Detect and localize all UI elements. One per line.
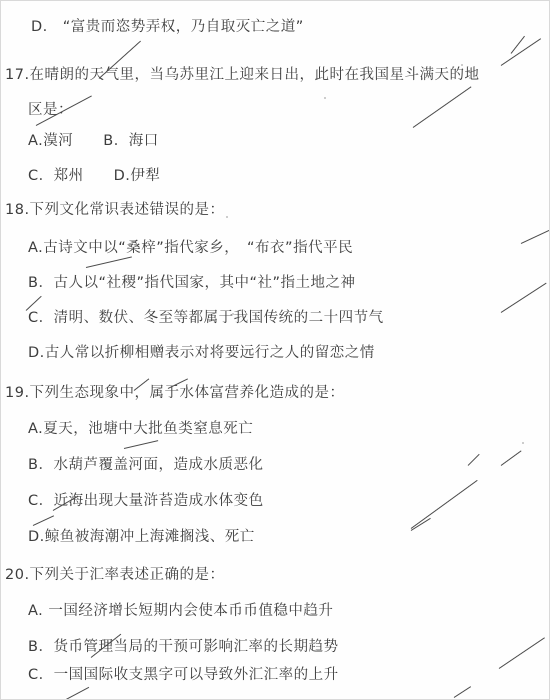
q16-option-d: D. “富贵而恣势弄权，乃自取灭亡之道”	[31, 15, 304, 36]
q18-option-a: A.古诗文中以“桑梓”指代家乡， “布衣”指代平民	[28, 236, 353, 257]
q18-option-d: D.古人常以折柳相赠表示对将要远行之人的留恋之情	[28, 341, 375, 362]
scan-speck	[522, 442, 524, 444]
pen-stroke	[124, 440, 158, 449]
q19-option-b: B．水葫芦覆盖河面，造成水质恶化	[28, 453, 263, 474]
pen-stroke	[501, 450, 522, 466]
q20-option-a: A. 一国经济增长短期内会使本币币值稳中趋升	[28, 599, 333, 620]
pen-stroke	[86, 256, 132, 268]
pen-stroke	[454, 686, 471, 698]
scanned-exam-page: D. “富贵而恣势弄权，乃自取灭亡之道” 17.在晴朗的天气里，当乌苏里江上迎来…	[0, 0, 550, 700]
q17-stem-line1: 17.在晴朗的天气里，当乌苏里江上迎来日出，此时在我国星斗满天的地	[5, 63, 480, 84]
scan-speck	[232, 313, 234, 315]
pen-stroke	[413, 86, 472, 128]
pen-stroke	[501, 38, 541, 66]
scan-speck	[461, 64, 463, 66]
q20-option-b: B．货币管理当局的干预可影响汇率的长期趋势	[28, 635, 338, 656]
pen-stroke	[66, 687, 89, 700]
scan-speck	[324, 97, 326, 99]
scan-speck	[469, 77, 471, 79]
q20-option-c: C．一国国际收支黑字可以导致外汇汇率的上升	[28, 663, 339, 684]
q17-options-row-cd: C．郑州 D.伊犁	[28, 164, 160, 185]
pen-stroke	[499, 637, 545, 669]
pen-stroke	[501, 283, 547, 313]
pen-stroke	[468, 454, 480, 466]
q18-option-c: C．清明、数伏、冬至等都属于我国传统的二十四节气	[28, 306, 384, 327]
pen-stroke	[411, 480, 478, 529]
q18-stem: 18.下列文化常识表述错误的是：	[5, 198, 225, 219]
q18-option-b: B．古人以“社稷”指代国家，其中“社”指土地之神	[28, 271, 356, 292]
q20-stem: 20.下列关于汇率表述正确的是：	[5, 563, 225, 584]
q19-option-a: A.夏天，池塘中大批鱼类窒息死亡	[28, 417, 253, 438]
pen-stroke	[521, 230, 550, 244]
q19-option-d: D.鲸鱼被海潮冲上海滩搁浅、死亡	[28, 525, 255, 546]
q19-option-c: C．近海出现大量浒苔造成水体变色	[28, 489, 264, 510]
scan-speck	[226, 216, 228, 218]
q17-options-row-ab: A.漠河 B．海口	[28, 129, 159, 150]
